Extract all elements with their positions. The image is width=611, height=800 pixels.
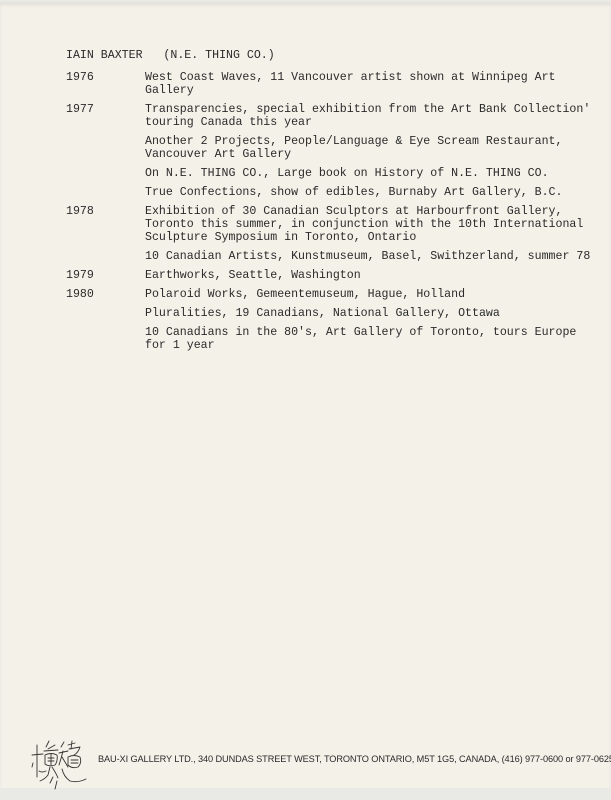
bau-xi-calligraphy-logo-icon xyxy=(28,737,90,791)
exhibition-list: 1976West Coast Waves, 11 Vancouver artis… xyxy=(66,71,611,358)
exhibition-entry: Pluralities, 19 Canadians, National Gall… xyxy=(66,307,611,320)
entry-description: True Confections, show of edibles, Burna… xyxy=(145,186,611,199)
gallery-address: BAU-XI GALLERY LTD., 340 DUNDAS STREET W… xyxy=(98,754,611,764)
document-page: IAIN BAXTER (N.E. THING CO.) 1976West Co… xyxy=(0,2,611,788)
entry-year: 1980 xyxy=(66,288,145,301)
exhibition-entry: 1979Earthworks, Seattle, Washington xyxy=(66,269,611,282)
entry-year: 1979 xyxy=(66,269,145,282)
entry-description: Pluralities, 19 Canadians, National Gall… xyxy=(145,307,611,320)
entry-description: Earthworks, Seattle, Washington xyxy=(145,269,611,282)
entry-year xyxy=(66,186,145,199)
exhibition-entry: On N.E. THING CO., Large book on History… xyxy=(66,167,611,180)
entry-year: 1977 xyxy=(66,103,145,129)
entry-year xyxy=(66,167,145,180)
document-header: IAIN BAXTER (N.E. THING CO.) xyxy=(66,49,275,62)
letterhead-footer: BAU-XI GALLERY LTD., 340 DUNDAS STREET W… xyxy=(28,737,611,787)
entry-year: 1976 xyxy=(66,71,145,97)
exhibition-entry: 1980Polaroid Works, Gemeentemuseum, Hagu… xyxy=(66,288,611,301)
exhibition-entry: 1976West Coast Waves, 11 Vancouver artis… xyxy=(66,71,611,97)
entry-description: Transparencies, special exhibition from … xyxy=(145,103,611,129)
artist-name: IAIN BAXTER xyxy=(66,49,143,62)
entry-year: 1978 xyxy=(66,205,145,244)
exhibition-entry: Another 2 Projects, People/Language & Ey… xyxy=(66,135,611,161)
exhibition-entry: 1977Transparencies, special exhibition f… xyxy=(66,103,611,129)
artist-alias: (N.E. THING CO.) xyxy=(163,49,274,62)
exhibition-entry: 10 Canadians in the 80's, Art Gallery of… xyxy=(66,326,611,352)
entry-year xyxy=(66,135,145,161)
entry-description: 10 Canadian Artists, Kunstmuseum, Basel,… xyxy=(145,250,611,263)
entry-description: 10 Canadians in the 80's, Art Gallery of… xyxy=(145,326,611,352)
entry-year xyxy=(66,307,145,320)
entry-year xyxy=(66,326,145,352)
entry-description: On N.E. THING CO., Large book on History… xyxy=(145,167,611,180)
exhibition-entry: 1978Exhibition of 30 Canadian Sculptors … xyxy=(66,205,611,244)
entry-description: West Coast Waves, 11 Vancouver artist sh… xyxy=(145,71,611,97)
entry-year xyxy=(66,250,145,263)
exhibition-entry: True Confections, show of edibles, Burna… xyxy=(66,186,611,199)
entry-description: Another 2 Projects, People/Language & Ey… xyxy=(145,135,611,161)
entry-description: Polaroid Works, Gemeentemuseum, Hague, H… xyxy=(145,288,611,301)
exhibition-entry: 10 Canadian Artists, Kunstmuseum, Basel,… xyxy=(66,250,611,263)
entry-description: Exhibition of 30 Canadian Sculptors at H… xyxy=(145,205,611,244)
